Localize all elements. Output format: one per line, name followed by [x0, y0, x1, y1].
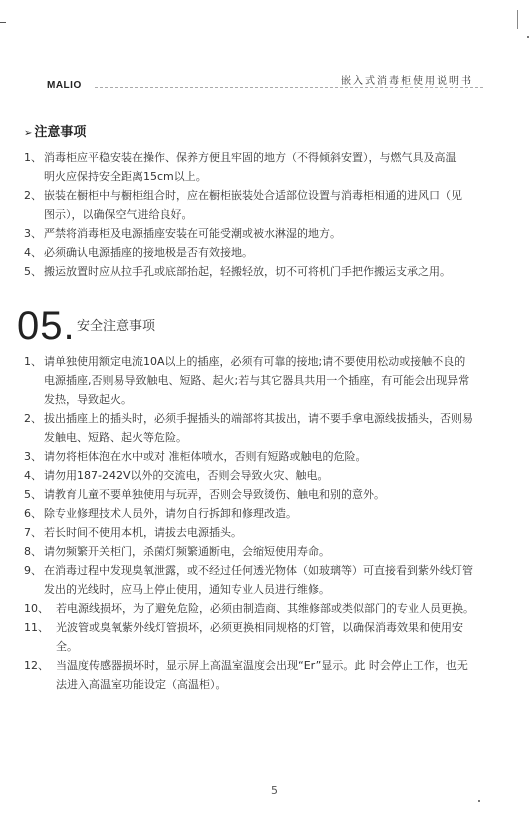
list-item: 12、当温度传感器损坏时，显示屏上高温室温度会出现“Er”显示。此 时会停止工作…	[24, 656, 474, 694]
item-number: 3、	[24, 447, 42, 466]
list-item: 2、嵌装在橱柜中与橱柜组合时，应在橱柜嵌装处合适部位设置与消毒柜相通的进风口（见…	[24, 186, 464, 224]
item-number: 10、	[24, 599, 49, 618]
brand-logo: MALIO	[47, 80, 82, 91]
item-text: 请勿将柜体泡在水中或对 准柜体喷水，否则有短路或触电的危险。	[44, 450, 367, 463]
notes-heading: ➢注意事项	[24, 121, 86, 140]
item-text: 嵌装在橱柜中与橱柜组合时，应在橱柜嵌装处合适部位设置与消毒柜相通的进风口（见图示…	[44, 189, 462, 221]
item-number: 2、	[24, 186, 42, 205]
item-number: 7、	[24, 523, 42, 542]
item-number: 4、	[24, 243, 42, 262]
item-text: 请勿用187-242V以外的交流电，否则会导致火灾、触电。	[44, 469, 328, 482]
item-number: 12、	[24, 656, 49, 675]
item-number: 1、	[24, 352, 42, 371]
crop-dot	[478, 800, 480, 802]
safety-list: 1、请单独使用额定电流10A以上的插座，必须有可靠的接地;请不要使用松动或接触不…	[24, 352, 474, 694]
list-item: 6、除专业修理技术人员外，请勿自行拆卸和修理改造。	[24, 504, 474, 523]
item-number: 8、	[24, 542, 42, 561]
list-item: 2、拔出插座上的插头时，必须手握插头的端部将其拔出，请不要手拿电源线拔插头，否则…	[24, 409, 474, 447]
item-number: 6、	[24, 504, 42, 523]
item-text: 必须确认电源插座的接地极是否有效接地。	[44, 246, 253, 259]
notes-list: 1、消毒柜应平稳安装在操作、保养方便且牢固的地方（不得倾斜安置），与燃气具及高温…	[24, 148, 464, 281]
list-item: 1、请单独使用额定电流10A以上的插座，必须有可靠的接地;请不要使用松动或接触不…	[24, 352, 474, 409]
page-header: MALIO 嵌入式消毒柜使用说明书	[47, 72, 483, 94]
list-item: 11、光波管或臭氧紫外线灯管损坏，必须更换相同规格的灯管，以确保消毒效果和使用安…	[24, 618, 474, 656]
manual-title: 嵌入式消毒柜使用说明书	[339, 72, 475, 87]
arrow-icon: ➢	[24, 128, 32, 139]
item-text: 除专业修理技术人员外，请勿自行拆卸和修理改造。	[44, 507, 297, 520]
list-item: 10、若电源线损坏，为了避免危险，必须由制造商、其维修部或类似部门的专业人员更换…	[24, 599, 474, 618]
item-text: 在消毒过程中发现臭氧泄露，或不经过任何透光物体（如玻璃等）可直接看到紫外线灯管发…	[44, 564, 473, 596]
item-number: 4、	[24, 466, 42, 485]
crop-mark	[0, 22, 6, 23]
list-item: 9、在消毒过程中发现臭氧泄露，或不经过任何透光物体（如玻璃等）可直接看到紫外线灯…	[24, 561, 474, 599]
item-number: 3、	[24, 224, 42, 243]
list-item: 3、严禁将消毒柜及电源插座安装在可能受潮或被水淋湿的地方。	[24, 224, 464, 243]
list-item: 7、若长时间不使用本机，请拔去电源插头。	[24, 523, 474, 542]
crop-mark	[517, 10, 518, 29]
item-text: 严禁将消毒柜及电源插座安装在可能受潮或被水淋湿的地方。	[44, 227, 341, 240]
item-number: 5、	[24, 262, 42, 281]
list-item: 8、请勿频繁开关柜门，杀菌灯频繁通断电，会缩短使用寿命。	[24, 542, 474, 561]
item-number: 9、	[24, 561, 42, 580]
item-text: 光波管或臭氧紫外线灯管损坏，必须更换相同规格的灯管，以确保消毒效果和使用安全。	[56, 621, 463, 653]
list-item: 5、请教育儿童不要单独使用与玩弄，否则会导致烫伤、触电和别的意外。	[24, 485, 474, 504]
list-item: 1、消毒柜应平稳安装在操作、保养方便且牢固的地方（不得倾斜安置），与燃气具及高温…	[24, 148, 464, 186]
list-item: 3、请勿将柜体泡在水中或对 准柜体喷水，否则有短路或触电的危险。	[24, 447, 474, 466]
item-number: 5、	[24, 485, 42, 504]
list-item: 4、必须确认电源插座的接地极是否有效接地。	[24, 243, 464, 262]
section-number: 05.	[17, 306, 76, 346]
list-item: 5、搬运放置时应从拉手孔或底部抬起，轻搬轻放，切不可将机门手把作搬运支承之用。	[24, 262, 464, 281]
item-text: 搬运放置时应从拉手孔或底部抬起，轻搬轻放，切不可将机门手把作搬运支承之用。	[44, 265, 451, 278]
item-text: 若长时间不使用本机，请拔去电源插头。	[44, 526, 242, 539]
item-text: 消毒柜应平稳安装在操作、保养方便且牢固的地方（不得倾斜安置），与燃气具及高温明火…	[44, 151, 457, 183]
page-number: 5	[271, 784, 278, 797]
header-divider	[95, 87, 483, 88]
item-text: 请单独使用额定电流10A以上的插座，必须有可靠的接地;请不要使用松动或接触不良的…	[44, 355, 469, 406]
item-number: 2、	[24, 409, 42, 428]
item-number: 11、	[24, 618, 49, 637]
section-title: 安全注意事项	[77, 315, 155, 334]
item-text: 拔出插座上的插头时，必须手握插头的端部将其拔出，请不要手拿电源线拔插头，否则易发…	[44, 412, 473, 444]
item-number: 1、	[24, 148, 42, 167]
item-text: 请教育儿童不要单独使用与玩弄，否则会导致烫伤、触电和别的意外。	[44, 488, 385, 501]
list-item: 4、请勿用187-242V以外的交流电，否则会导致火灾、触电。	[24, 466, 474, 485]
item-text: 若电源线损坏，为了避免危险，必须由制造商、其维修部或类似部门的专业人员更换。	[56, 602, 474, 615]
item-text: 当温度传感器损坏时，显示屏上高温室温度会出现“Er”显示。此 时会停止工作，也无…	[56, 659, 468, 691]
notes-title: 注意事项	[34, 125, 86, 140]
item-text: 请勿频繁开关柜门，杀菌灯频繁通断电，会缩短使用寿命。	[44, 545, 330, 558]
